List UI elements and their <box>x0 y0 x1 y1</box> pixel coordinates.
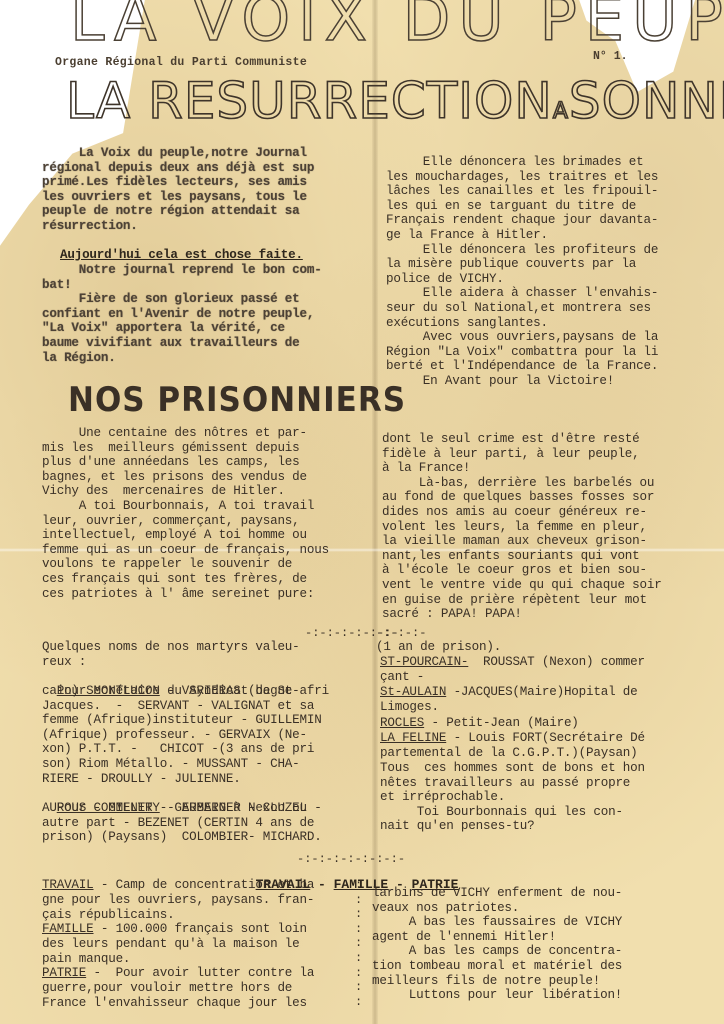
town-label-rocles: ROCLES <box>380 716 424 730</box>
martyrs-commentry-list: AUROUS - GILLET - GERMAIN à Nexon ou aut… <box>42 801 322 845</box>
martyrs-la-feline: LA FELINE - Louis FORT(Secrétaire Dé <box>380 731 645 746</box>
rocles-text: - Petit-Jean (Maire) <box>424 716 579 730</box>
slogan-travail-cont: gne pour les ouvriers, paysans. fran- ça… <box>42 893 314 922</box>
label-travail: TRAVAIL <box>42 878 94 892</box>
martyrs-rocles: ROCLES - Petit-Jean (Maire) <box>380 716 579 731</box>
headline-part-2: A <box>553 99 569 124</box>
prisoners-left-paragraph: Une centaine des nôtres et par- mis les … <box>42 426 329 601</box>
right-intro-paragraph: Elle dénoncera les brimades et les mouch… <box>386 155 658 389</box>
town-label-st-pourcain: ST-POURCAIN- <box>380 655 468 669</box>
left-intro-continued: Notre journal reprend le bon com- bat! F… <box>42 263 322 365</box>
today-heading: Aujourd'hui cela est chose faite. <box>60 248 303 263</box>
town-label-st-aulain: St-AULAIN <box>380 685 446 699</box>
slogan-famille-cont: des leurs pendant qu'à la maison le pain… <box>42 937 300 966</box>
prisoners-right-paragraph: dont le seul crime est d'être resté fidè… <box>382 432 662 622</box>
st-aulain-cont: Limoges. <box>380 700 439 715</box>
headline: LA RESURRECTIONASONNEE! <box>66 72 724 130</box>
martyrs-st-aulain: St-AULAIN -JACQUES(Maire)Hopital de <box>380 685 638 700</box>
st-pourcain-cont: çant - <box>380 670 424 685</box>
la-feline-cont: partemental de la C.G.P.T.)(Paysan) <box>380 746 638 761</box>
left-intro-paragraph: La Voix du peuple,notre Journal régional… <box>42 146 314 234</box>
slogan-patrie: PATRIE - Pour avoir lutter contre la <box>42 966 314 981</box>
la-feline-text: - Louis FORT(Secrétaire Dé <box>446 731 645 745</box>
label-famille: FAMILLE <box>42 922 94 936</box>
martyrs-prison-note: (1 an de prison). <box>376 640 501 655</box>
slogan-right-paragraph: larbins de VICHY enferment de nou- veaux… <box>372 886 622 1003</box>
slogan-travail: TRAVAIL - Camp de concentration et ba <box>42 878 314 893</box>
travail-line-1: - Camp de concentration et ba <box>94 878 315 892</box>
headline-part-3: SONNEE! <box>569 72 724 130</box>
masthead-title: LA VOIX DU PEUPLE <box>70 0 630 52</box>
martyrs-intro: Quelques noms de nos martyrs valeu- reux… <box>42 640 300 669</box>
separator-dashes-right: -:-:-:- <box>376 626 426 640</box>
label-patrie: PATRIE <box>42 966 86 980</box>
martyrs-montlucon-list: cain) Secrétaire du Syndicat de St- Jacq… <box>42 684 322 786</box>
masthead-subtitle: Organe Régional du Parti Communiste <box>55 56 307 69</box>
slogan-patrie-cont: guerre,pour vouloir mettre hors de Franc… <box>42 981 307 1010</box>
famille-line-1: - 100.000 français sont loin <box>94 922 307 936</box>
headline-part-1: LA RESURRECTION <box>66 72 553 130</box>
st-pourcain-text: ROUSSAT (Nexon) commer <box>468 655 645 669</box>
martyrs-closing: Tous ces hommes sont de bons et hon nête… <box>380 761 645 834</box>
column-divider-colons: : : : : : : : : : <box>355 878 362 1009</box>
st-aulain-text: -JACQUES(Maire)Hopital de <box>446 685 637 699</box>
slogan-famille: FAMILLE - 100.000 français sont loin <box>42 922 307 937</box>
town-label-la-feline: LA FELINE <box>380 731 446 745</box>
issue-number: N° 1. <box>593 50 628 63</box>
martyrs-st-pourcain: ST-POURCAIN- ROUSSAT (Nexon) commer <box>380 655 645 670</box>
patrie-line-1: - Pour avoir lutter contre la <box>86 966 314 980</box>
section-title-prisoners: NOS PRISONNIERS <box>68 380 406 420</box>
